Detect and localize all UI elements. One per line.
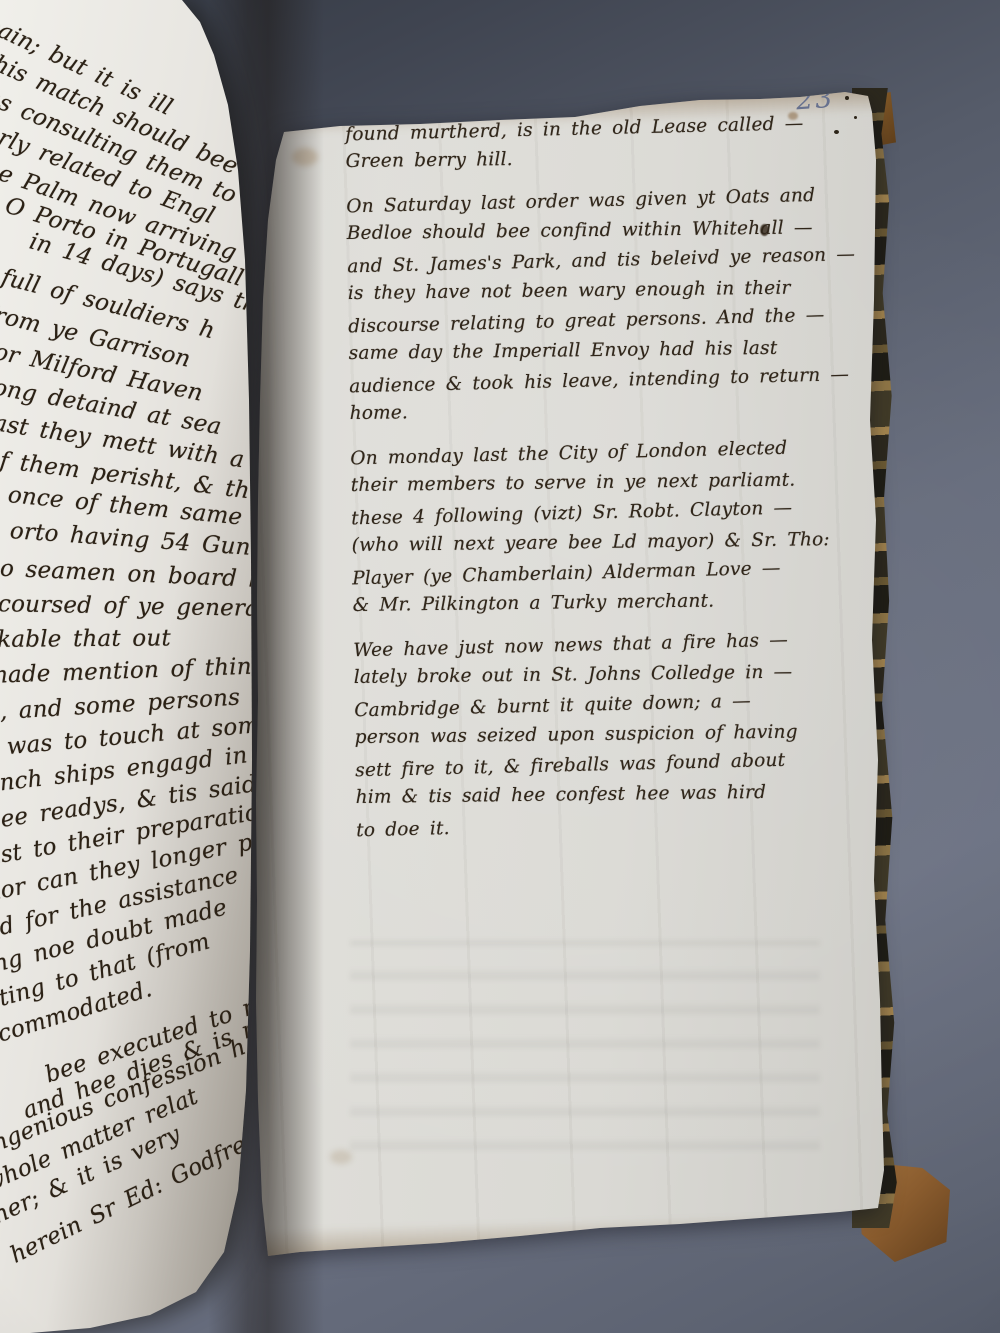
left-page-wrap: pain; but it is illthis match should bee… bbox=[0, 0, 1000, 1333]
left-page-line: rkable that out bbox=[0, 625, 171, 653]
left-page-line: oo seamen on board h bbox=[0, 555, 264, 593]
left-page-text: pain; but it is illthis match should bee… bbox=[0, 0, 270, 1333]
left-page-line: scoursed of ye generally bbox=[0, 591, 288, 622]
left-page-line: made mention of thing bbox=[0, 654, 267, 690]
left-page: pain; but it is illthis match should bee… bbox=[0, 0, 270, 1333]
manuscript-photo: 23 found murtherd, is in the old Lease c… bbox=[0, 0, 1000, 1333]
